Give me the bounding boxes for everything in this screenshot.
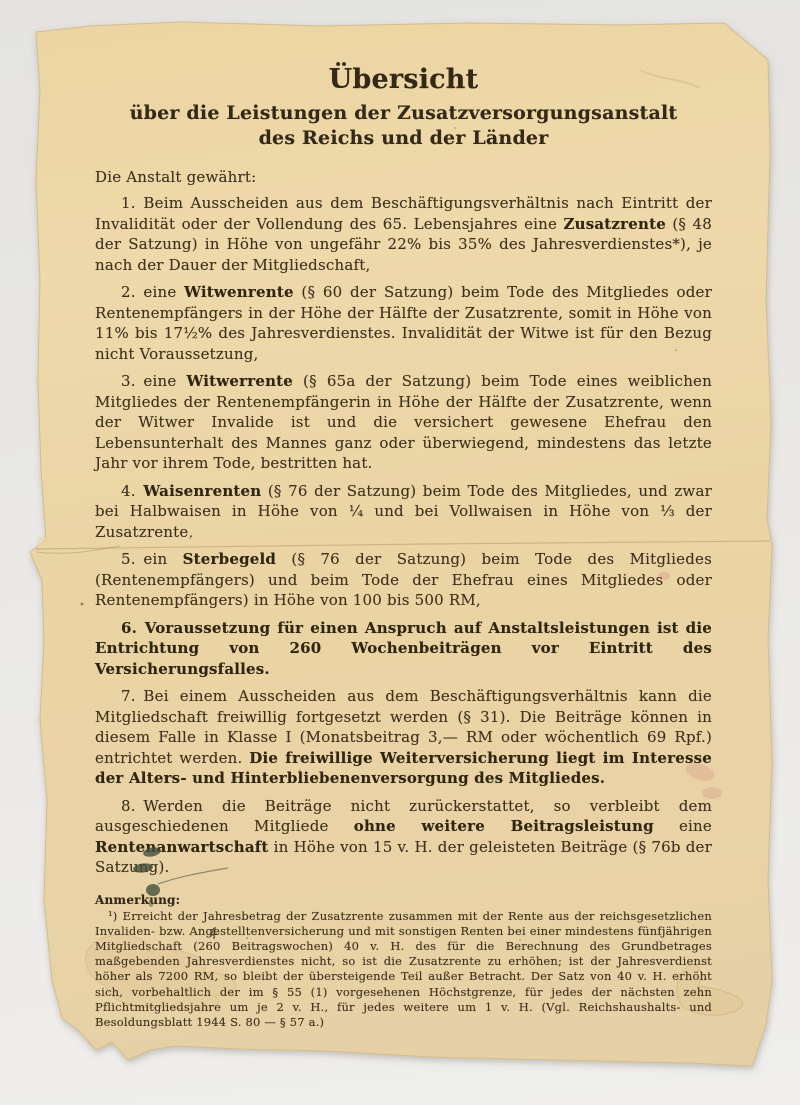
item-text-bold: Zusatzrente	[563, 215, 666, 233]
item-number: 3.	[121, 372, 143, 390]
document-item: 2. eine Witwenrente (§ 60 der Satzung) b…	[95, 282, 712, 364]
document-item: 5. ein Sterbegeld (§ 76 der Satzung) bei…	[95, 549, 712, 611]
item-text: eine	[143, 283, 184, 301]
item-text-bold: ohne weitere Beitragsleistung	[354, 817, 654, 835]
photo-scene: Übersicht über die Leistungen der Zusatz…	[0, 0, 800, 1105]
item-text: eine	[654, 817, 712, 835]
item-text-bold: Rentenanwartschaft	[95, 838, 269, 856]
item-number: 5.	[121, 550, 143, 568]
subtitle-line-2: des Reichs und der Länder	[95, 126, 712, 151]
document-item: 4. Waisenrenten (§ 76 der Satzung) beim …	[95, 481, 712, 543]
document-items: 1. Beim Ausscheiden aus dem Beschäftigun…	[95, 193, 712, 878]
document-page: Übersicht über die Leistungen der Zusatz…	[95, 64, 712, 1030]
item-text-bold: Sterbegeld	[183, 550, 276, 568]
footnote-heading: Anmerkung:	[95, 893, 712, 907]
footnote-body: Erreicht der Jahresbetrag der Zusatzrent…	[95, 909, 712, 1029]
page-title: Übersicht	[95, 64, 712, 95]
item-text-bold: Waisenrenten	[143, 482, 261, 500]
page-subtitle: über die Leistungen der Zusatzversorgung…	[95, 101, 712, 151]
item-number: 4.	[121, 482, 143, 500]
intro-text: Die Anstalt gewährt:	[95, 168, 712, 186]
footnote-marker: ¹)	[108, 909, 118, 923]
item-number: 1.	[121, 194, 143, 212]
document-item: 7. Bei einem Ausscheiden aus dem Beschäf…	[95, 686, 712, 789]
document-item: 8. Werden die Beiträge nicht zurückersta…	[95, 796, 712, 878]
footnote-text: ¹) Erreicht der Jahresbetrag der Zusatzr…	[95, 909, 712, 1031]
item-text-bold: Witwenrente	[184, 283, 294, 301]
item-number: 7.	[121, 687, 143, 705]
document-item: 1. Beim Ausscheiden aus dem Beschäftigun…	[95, 193, 712, 275]
item-text: eine	[143, 372, 186, 390]
item-text: ein	[143, 550, 182, 568]
item-text-bold: Witwerrente	[186, 372, 293, 390]
item-number: 8.	[121, 797, 143, 815]
footnote: Anmerkung: ¹) Erreicht der Jahresbetrag …	[95, 893, 712, 1031]
document-item: 6. Voraussetzung für einen Anspruch auf …	[95, 618, 712, 680]
item-text: Voraussetzung für einen Anspruch auf Ans…	[95, 619, 712, 678]
document-item: 3. eine Witwerrente (§ 65a der Satzung) …	[95, 371, 712, 474]
subtitle-line-1: über die Leistungen der Zusatzversorgung…	[95, 101, 712, 126]
item-number: 6.	[121, 619, 145, 637]
item-number: 2.	[121, 283, 143, 301]
